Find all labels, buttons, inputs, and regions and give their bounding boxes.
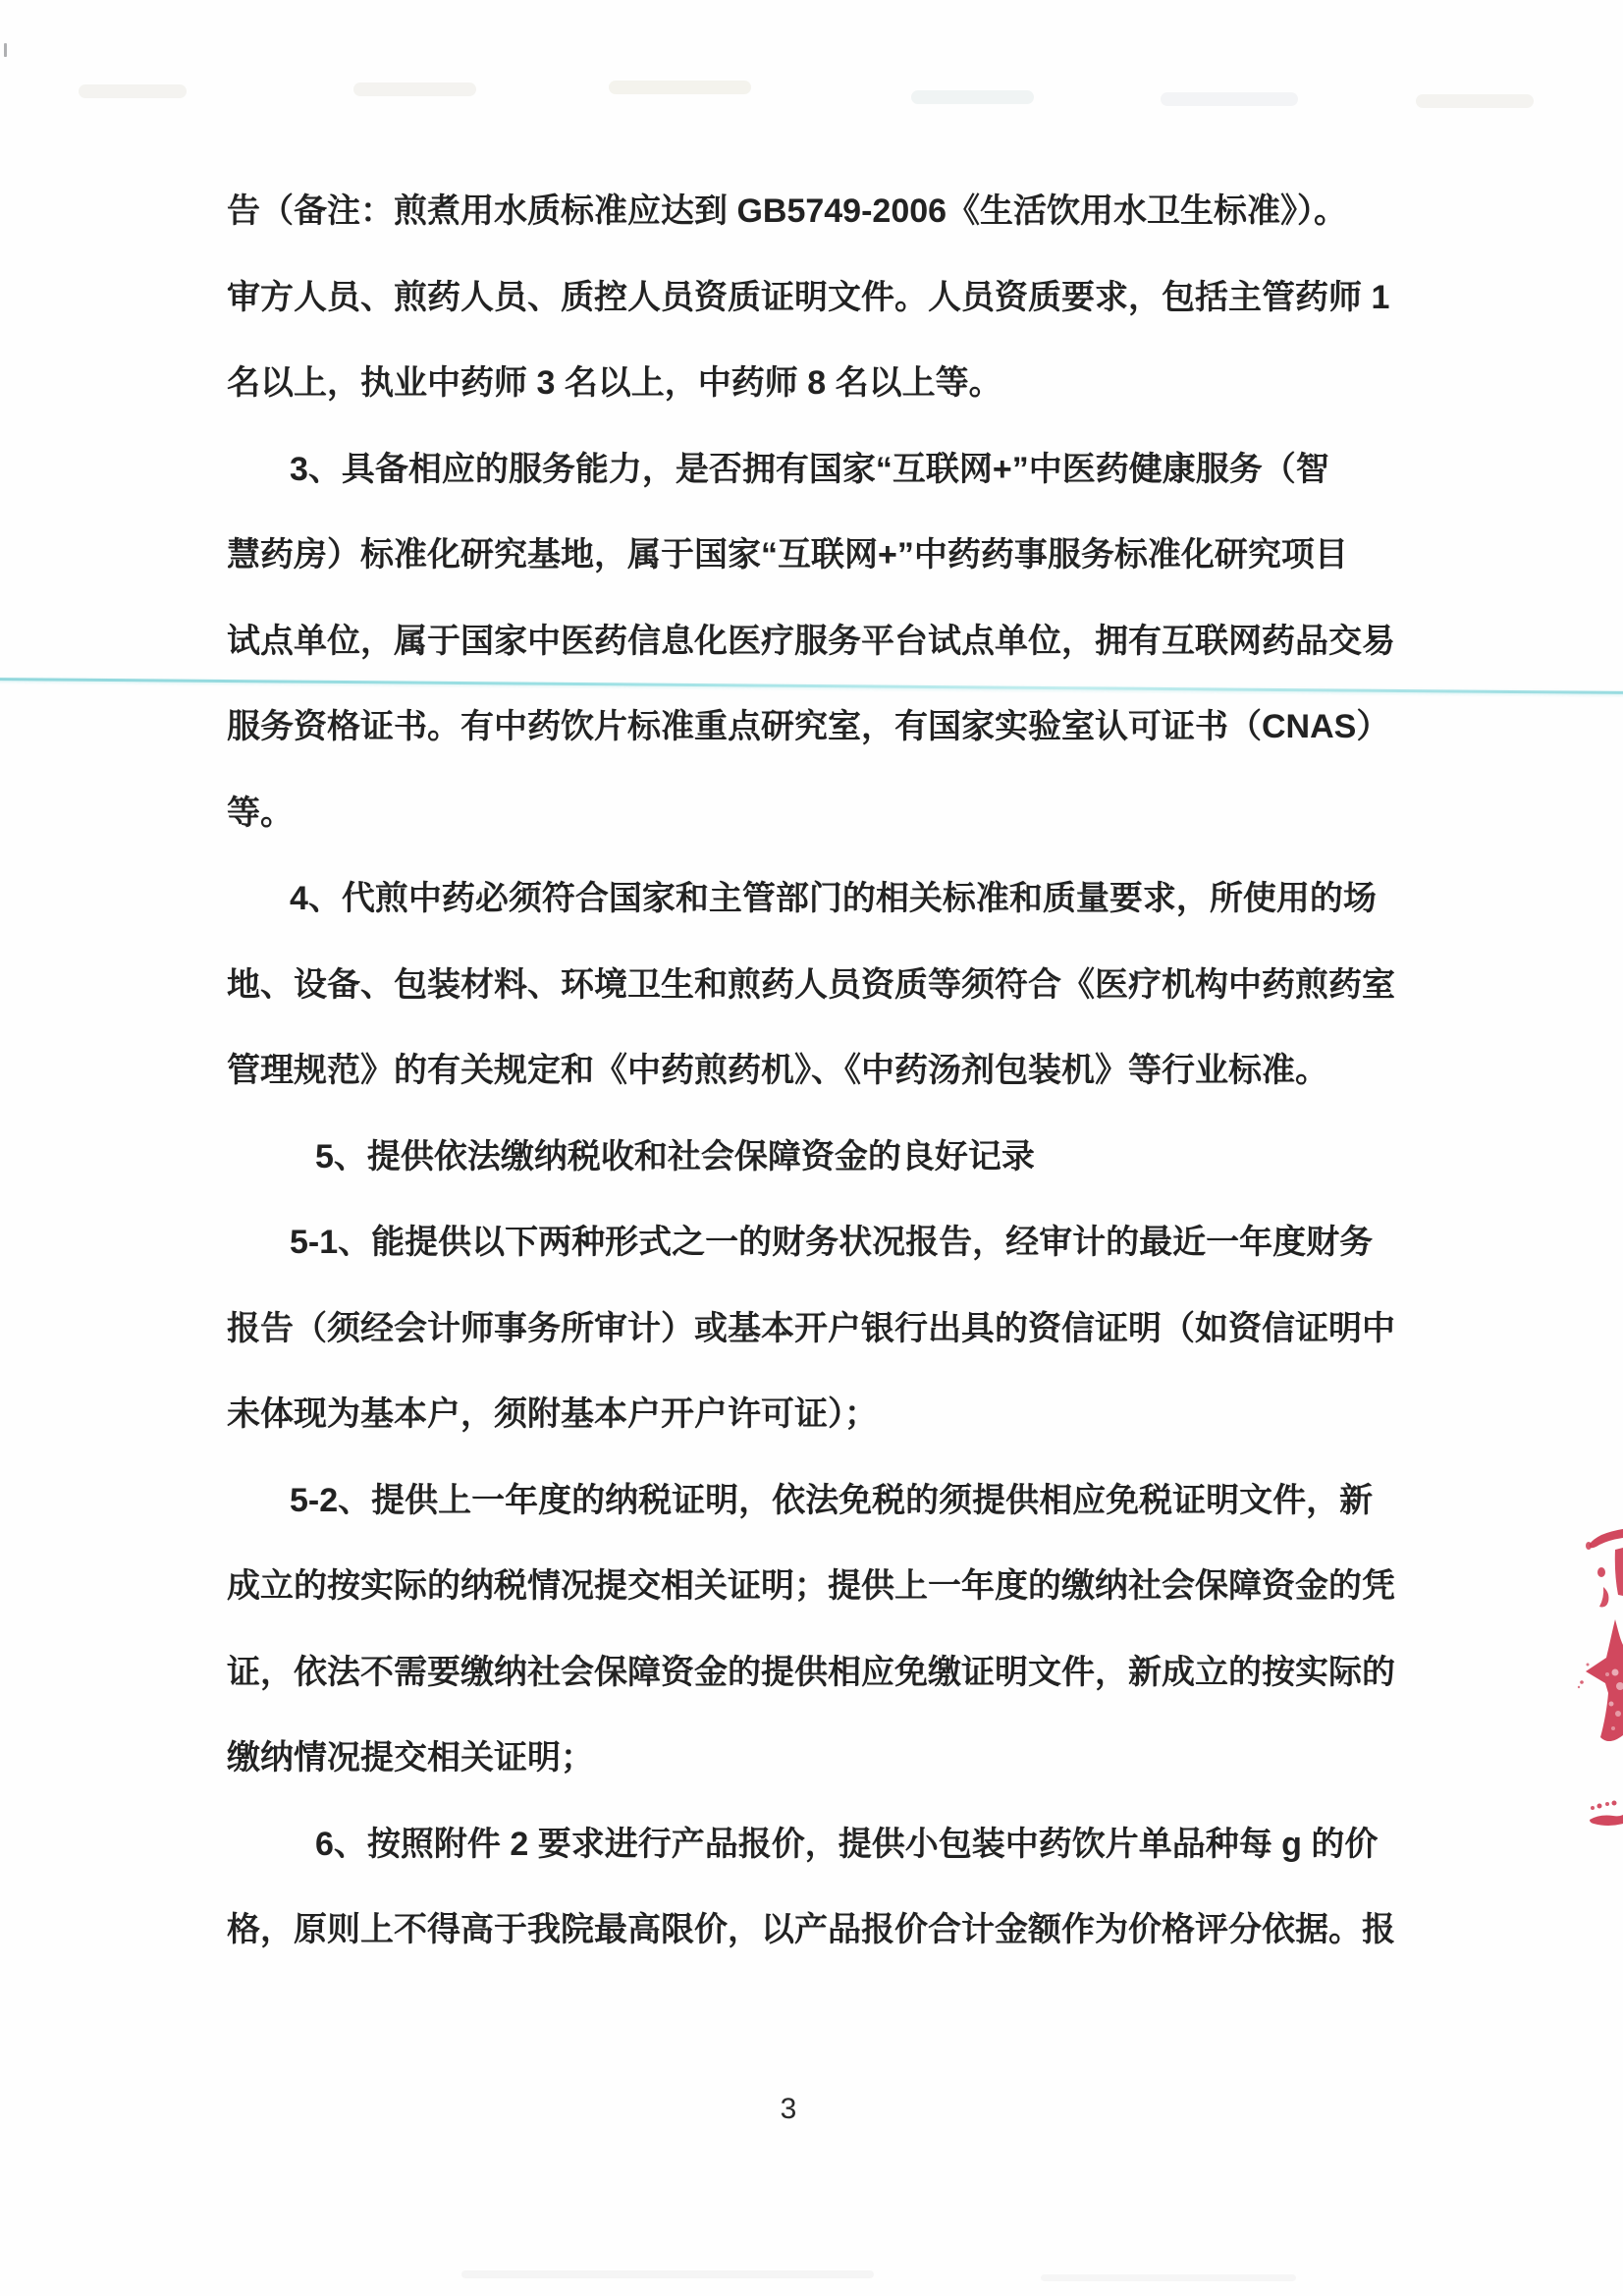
document-page: 告（备注：煎煮用水质标准应达到 GB5749-2006《生活饮用水卫生标准》）。… bbox=[0, 0, 1623, 2296]
text-line: 地、设备、包装材料、环境卫生和煎药人员资质等须符合《医疗机构中药煎药室 bbox=[227, 943, 1395, 1029]
text-line: 格，原则上不得高于我院最高限价，以产品报价合计金额作为价格评分依据。报 bbox=[227, 1887, 1395, 1974]
red-seal-stamp-fragment bbox=[1564, 1517, 1623, 1841]
text-line: 5-1、能提供以下两种形式之一的财务状况报告，经审计的最近一年度财务 bbox=[227, 1200, 1395, 1286]
text-line: 慧药房）标准化研究基地，属于国家“互联网+”中药药事服务标准化研究项目 bbox=[227, 513, 1395, 599]
text-line: 证，依法不需要缴纳社会保障资金的提供相应免缴证明文件，新成立的按实际的 bbox=[227, 1630, 1395, 1717]
text-line: 试点单位，属于国家中医药信息化医疗服务平台试点单位，拥有互联网药品交易 bbox=[227, 599, 1395, 685]
paragraph: 5-2、提供上一年度的纳税证明，依法免税的须提供相应免税证明文件，新 成立的按实… bbox=[227, 1458, 1395, 1802]
scan-smudge bbox=[911, 90, 1034, 104]
scan-smudge bbox=[461, 2270, 874, 2278]
paragraph: 告（备注：煎煮用水质标准应达到 GB5749-2006《生活饮用水卫生标准》）。… bbox=[227, 169, 1395, 427]
text-line: 未体现为基本户，须附基本户开户许可证）； bbox=[227, 1372, 1395, 1458]
scan-smudge bbox=[1161, 92, 1298, 106]
scan-smudge bbox=[353, 82, 476, 96]
text-line: 6、按照附件 2 要求进行产品报价，提供小包装中药饮片单品种每 g 的价 bbox=[227, 1802, 1395, 1888]
text-line: 3、具备相应的服务能力，是否拥有国家“互联网+”中医药健康服务（智 bbox=[227, 427, 1395, 514]
text-line: 成立的按实际的纳税情况提交相关证明；提供上一年度的缴纳社会保障资金的凭 bbox=[227, 1544, 1395, 1630]
scan-smudge bbox=[609, 81, 751, 94]
paragraph: 4、代煎中药必须符合国家和主管部门的相关标准和质量要求，所使用的场 地、设备、包… bbox=[227, 856, 1395, 1115]
text-line: 服务资格证书。有中药饮片标准重点研究室，有国家实验室认可证书（CNAS） bbox=[227, 684, 1395, 771]
paragraph: 5、提供依法缴纳税收和社会保障资金的良好记录 bbox=[227, 1115, 1395, 1201]
page-number: 3 bbox=[0, 2090, 1577, 2129]
text-line: 名以上，执业中药师 3 名以上，中药师 8 名以上等。 bbox=[227, 341, 1395, 427]
scan-smudge bbox=[1416, 94, 1534, 108]
text-line: 5-2、提供上一年度的纳税证明，依法免税的须提供相应免税证明文件，新 bbox=[227, 1458, 1395, 1545]
document-body: 告（备注：煎煮用水质标准应达到 GB5749-2006《生活饮用水卫生标准》）。… bbox=[227, 169, 1395, 1974]
text-line: 告（备注：煎煮用水质标准应达到 GB5749-2006《生活饮用水卫生标准》）。 bbox=[227, 169, 1395, 255]
paragraph: 6、按照附件 2 要求进行产品报价，提供小包装中药饮片单品种每 g 的价 格，原… bbox=[227, 1802, 1395, 1974]
text-line: 审方人员、煎药人员、质控人员资质证明文件。人员资质要求，包括主管药师 1 bbox=[227, 255, 1395, 342]
text-line: 缴纳情况提交相关证明； bbox=[227, 1716, 1395, 1802]
text-line: 等。 bbox=[227, 771, 1395, 857]
paragraph: 5-1、能提供以下两种形式之一的财务状况报告，经审计的最近一年度财务 报告（须经… bbox=[227, 1200, 1395, 1458]
text-line: 5、提供依法缴纳税收和社会保障资金的良好记录 bbox=[227, 1115, 1395, 1201]
text-line: 管理规范》的有关规定和《中药煎药机》、《中药汤剂包装机》等行业标准。 bbox=[227, 1028, 1395, 1115]
scan-smudge bbox=[79, 84, 187, 98]
paragraph: 3、具备相应的服务能力，是否拥有国家“互联网+”中医药健康服务（智 慧药房）标准… bbox=[227, 427, 1395, 857]
text-line: 报告（须经会计师事务所审计）或基本开户银行出具的资信证明（如资信证明中 bbox=[227, 1286, 1395, 1373]
scan-smudge bbox=[1041, 2274, 1296, 2281]
text-line: 4、代煎中药必须符合国家和主管部门的相关标准和质量要求，所使用的场 bbox=[227, 856, 1395, 943]
scan-mark bbox=[4, 43, 7, 57]
